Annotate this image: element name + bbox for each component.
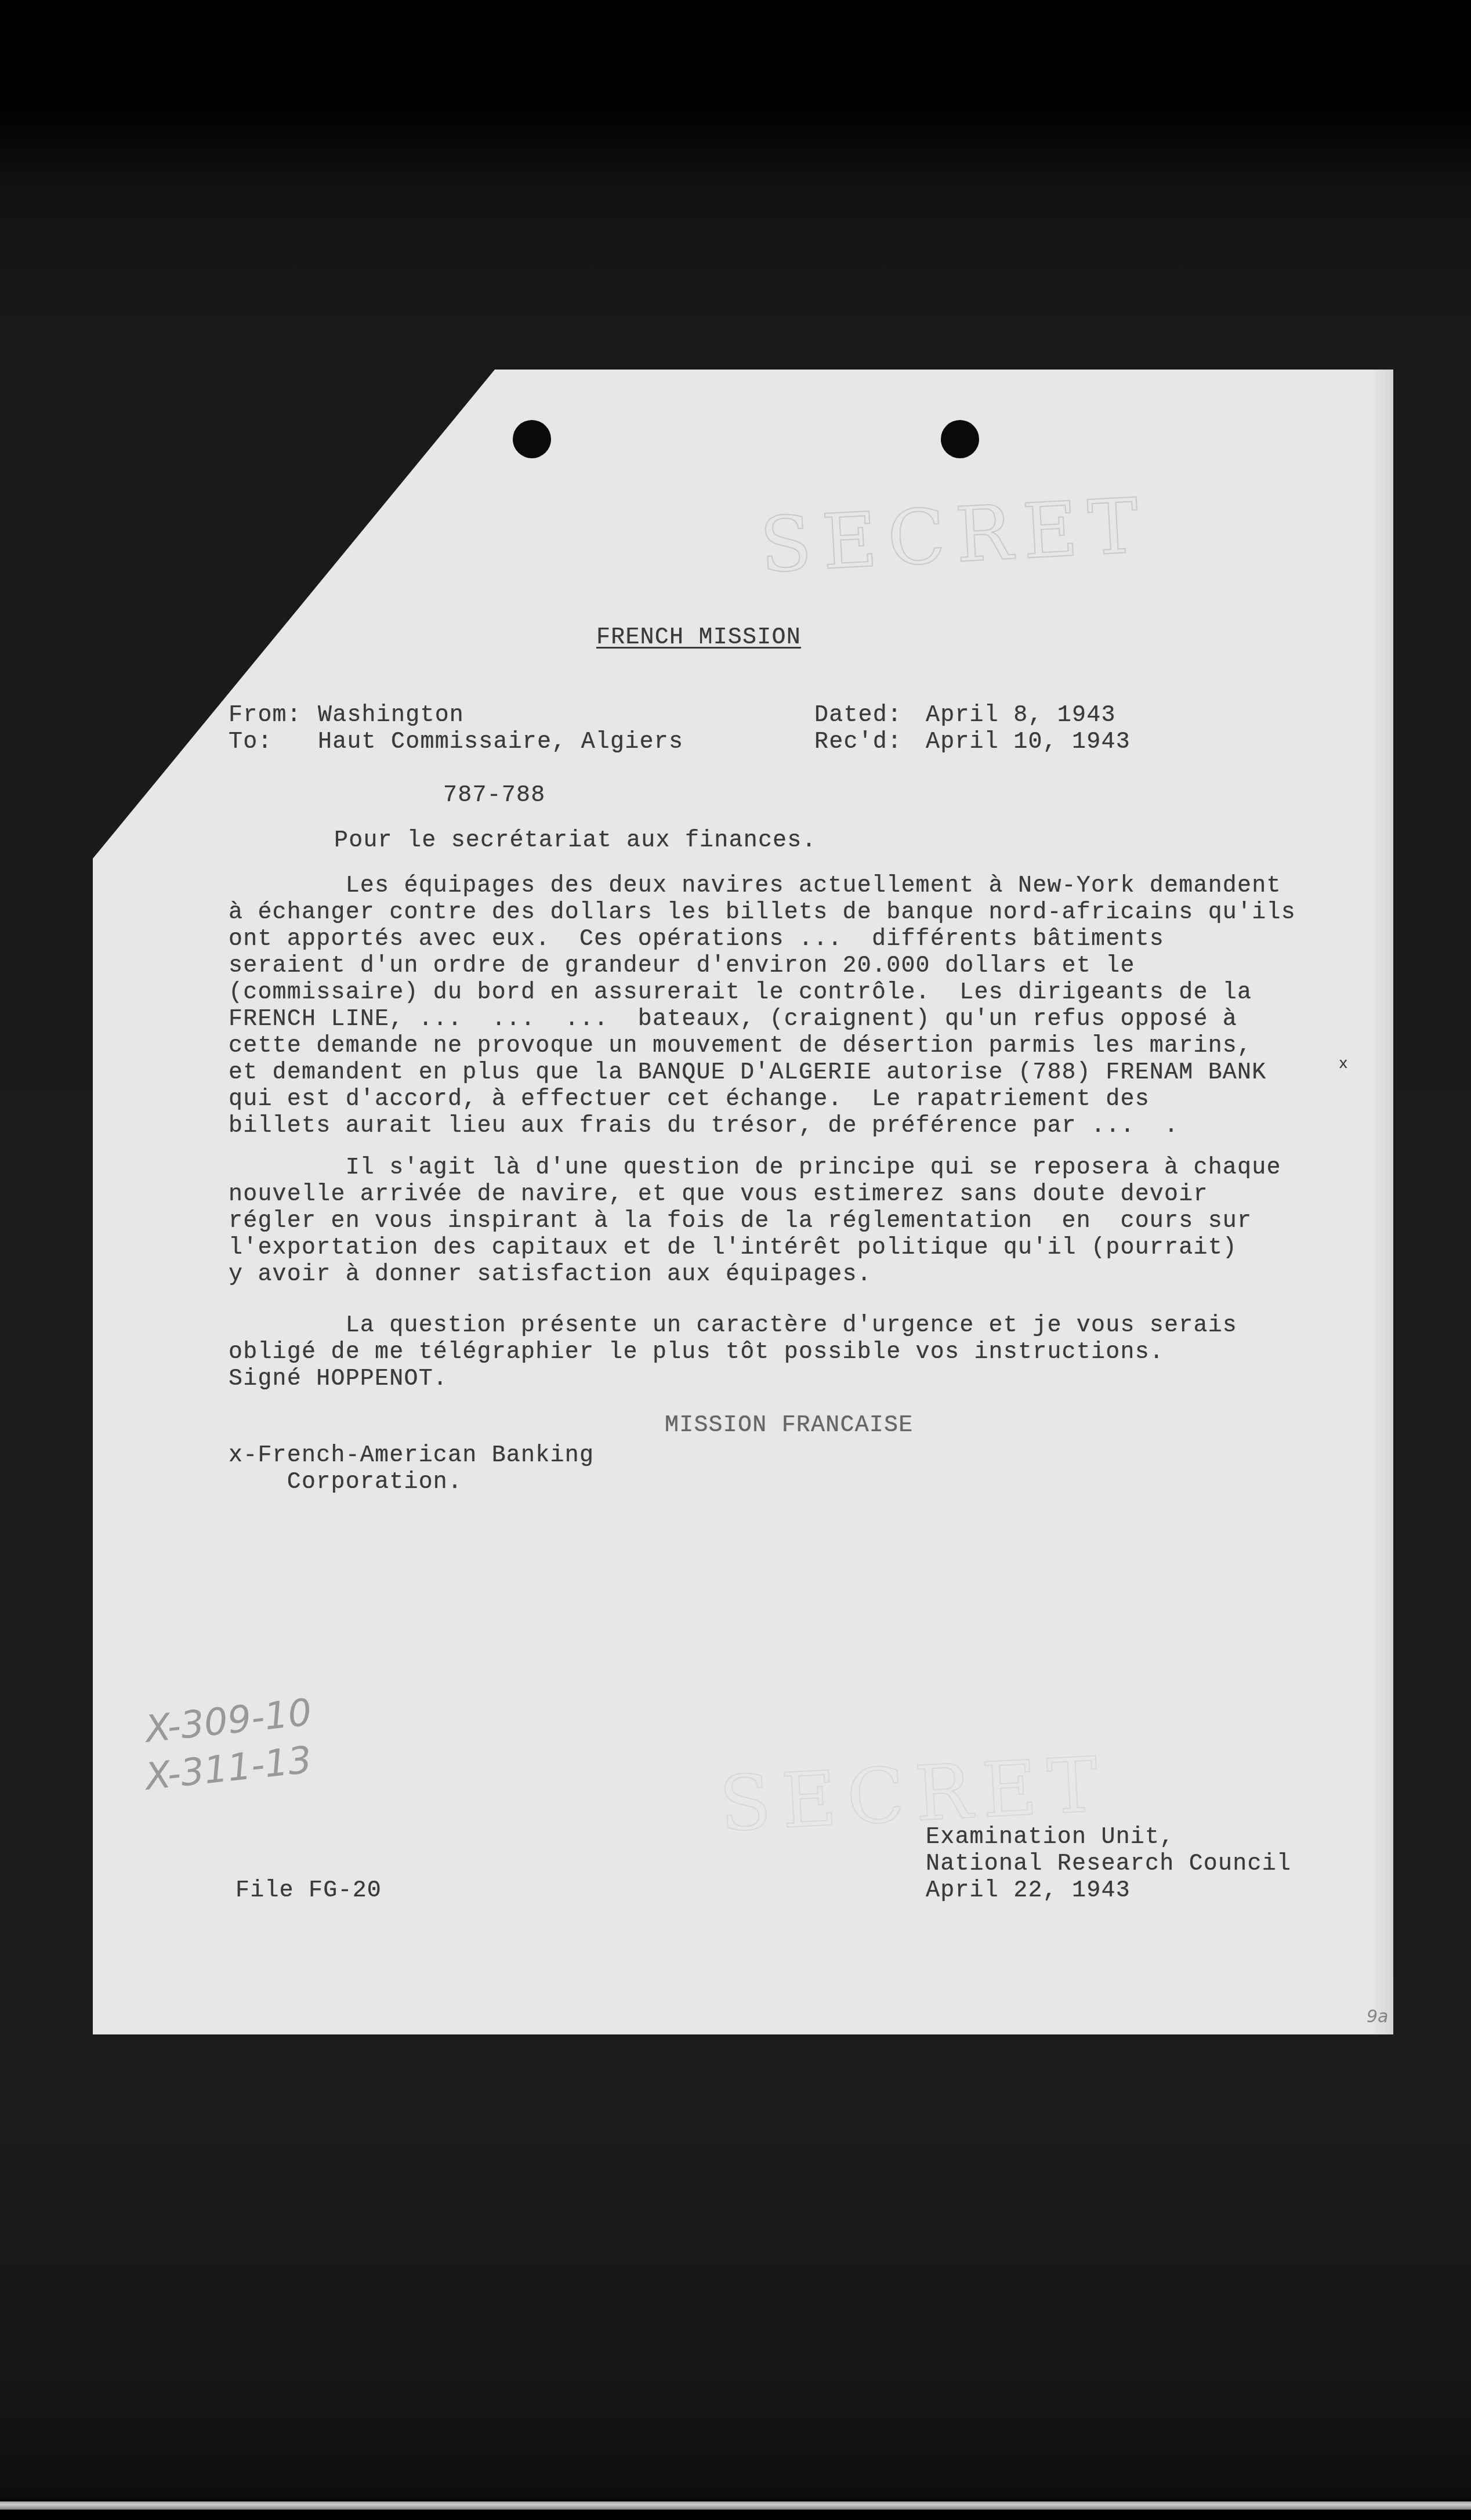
document-page: SECRET SECRET FRENCH MISSION From: Washi… xyxy=(93,370,1393,2034)
footnote-marker: x xyxy=(1339,1051,1349,1077)
text-line: obligé de me télégraphier le plus tôt po… xyxy=(229,1339,1237,1366)
to-label: To: xyxy=(229,729,273,756)
text-line: régler en vous inspirant à la fois de la… xyxy=(229,1208,1281,1235)
punch-hole-icon xyxy=(941,420,979,458)
from-value: Washington xyxy=(318,703,464,729)
text-line: nouvelle arrivée de navire, et que vous … xyxy=(229,1182,1281,1208)
signature-line: Signé HOPPENOT. xyxy=(229,1366,1237,1393)
text-line: à échanger contre des dollars les billet… xyxy=(229,900,1296,926)
page-edge-shadow xyxy=(1370,370,1393,2034)
dated-label: Dated: xyxy=(814,703,902,729)
text-line: ont apportés avec eux. Ces opérations ..… xyxy=(229,926,1296,953)
paragraph-1: Les équipages des deux navires actuellem… xyxy=(229,873,1296,1140)
paragraph-3: La question présente un caractère d'urge… xyxy=(229,1313,1237,1393)
examination-line: April 22, 1943 xyxy=(926,1878,1291,1905)
film-border xyxy=(0,2510,1471,2520)
salutation: Pour le secrétariat aux finances. xyxy=(334,828,817,855)
signature-block: MISSION FRANCAISE xyxy=(665,1413,913,1439)
page-number-mark: 9a xyxy=(1367,2007,1388,2027)
from-label: From: xyxy=(229,703,302,729)
text-line: seraient d'un ordre de grandeur d'enviro… xyxy=(229,953,1296,980)
text-line: Il s'agit là d'une question de principe … xyxy=(229,1155,1281,1182)
text-line: et demandent en plus que la BANQUE D'ALG… xyxy=(229,1060,1266,1087)
text-line: FRENCH LINE, ... ... ... bateaux, (craig… xyxy=(229,1006,1296,1033)
secret-stamp: SECRET xyxy=(758,481,1151,590)
punch-hole-icon xyxy=(513,420,551,458)
message-number: 787-788 xyxy=(443,783,545,809)
footnote-line: x-French-American Banking xyxy=(229,1443,594,1469)
received-label: Rec'd: xyxy=(814,729,902,756)
text-line: l'exportation des capitaux et de l'intér… xyxy=(229,1235,1281,1262)
dated-value: April 8, 1943 xyxy=(926,703,1116,729)
document-heading: FRENCH MISSION xyxy=(596,625,801,651)
to-value: Haut Commissaire, Algiers xyxy=(318,729,683,756)
film-edge-band xyxy=(0,2501,1471,2510)
text-line: y avoir à donner satisfaction aux équipa… xyxy=(229,1262,1281,1288)
examination-block: Examination Unit, National Research Coun… xyxy=(926,1824,1291,1905)
text-line: cette demande ne provoque un mouvement d… xyxy=(229,1033,1296,1060)
text-line: billets aurait lieu aux frais du trésor,… xyxy=(229,1113,1296,1140)
examination-line: National Research Council xyxy=(926,1851,1291,1878)
file-reference: File FG-20 xyxy=(235,1878,382,1905)
paragraph-2: Il s'agit là d'une question de principe … xyxy=(229,1155,1281,1288)
text-line-with-footnote: et demandent en plus que la BANQUE D'ALG… xyxy=(229,1060,1296,1087)
text-line: Les équipages des deux navires actuellem… xyxy=(229,873,1296,900)
footnote-line: Corporation. xyxy=(229,1469,594,1496)
received-value: April 10, 1943 xyxy=(926,729,1131,756)
text-line: La question présente un caractère d'urge… xyxy=(229,1313,1237,1339)
footnote: x-French-American Banking Corporation. xyxy=(229,1443,594,1496)
text-line: (commissaire) du bord en assurerait le c… xyxy=(229,980,1296,1006)
examination-line: Examination Unit, xyxy=(926,1824,1291,1851)
text-line: qui est d'accord, à effectuer cet échang… xyxy=(229,1087,1296,1113)
